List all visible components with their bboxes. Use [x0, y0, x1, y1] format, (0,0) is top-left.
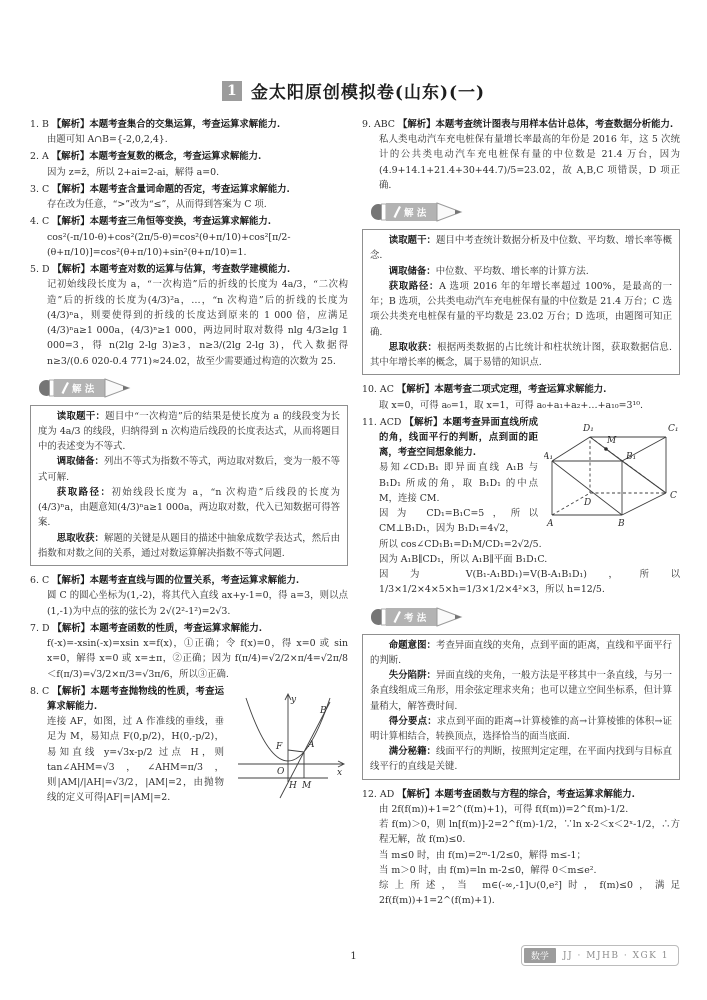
solution-line: 当 m＞0 时，由 f(m)=ln m-2≤0，解得 0＜m≤e².	[379, 863, 680, 878]
method-box-entry: 失分陷阱：异面直线的夹角，一般方法是平移其中一条直线，与另一条直线组成三角形，用…	[370, 668, 672, 714]
answer-letter: C	[42, 216, 49, 227]
question-number: 11.	[362, 417, 377, 428]
solution-heading: 【解析】本题考查对数的运算与估算，考查数学建模能力.	[52, 264, 290, 275]
solution-line: 取 x=0，可得 a₀=1，取 x=1，可得 a₀+a₁+a₂+…+a₁₀=3¹…	[379, 398, 680, 413]
midpoint-M-dot	[604, 447, 608, 451]
question: 3.C【解析】本题考查含量词命题的否定，考查运算求解能力.存在改为任意，“>”改…	[30, 182, 348, 212]
edge-D1A1	[552, 437, 590, 461]
segment-FA	[288, 750, 304, 752]
question: 4.C【解析】本题考查三角恒等变换，考查运算求解能力.cos²(-π/10-θ)…	[30, 214, 348, 260]
solution-line: 若 f(m)＞0，则 ln[f(m)]-2=2^f(m)-1/2，∵ln x-2…	[379, 817, 680, 847]
edge-BC	[622, 493, 666, 515]
answer-letter: AD	[380, 789, 394, 800]
figure-parabola: y x O F A B H M	[230, 686, 348, 817]
question-number: 9.	[362, 119, 371, 130]
method-box-term: 满分秘籍：	[389, 746, 436, 757]
label-x: x	[337, 768, 342, 778]
answer-letter: ABC	[374, 119, 395, 130]
question: y x O F A B H M 8.C【解析】本题考查抛物线的性质，考查运算求解…	[30, 684, 348, 819]
question-head: 7.D【解析】本题考查函数的性质，考查运算求解能力.	[47, 621, 348, 636]
question-head: 6.C【解析】本题考查直线与圆的位置关系，考查运算求解能力.	[47, 573, 348, 588]
question: 2.A【解析】本题考查复数的概念，考查运算求解能力.因为 z=z̄，所以 2+a…	[30, 149, 348, 179]
pencil-ferrule	[50, 380, 55, 396]
answer-letter: C	[42, 575, 49, 586]
method-box-entry: 满分秘籍：线面平行的判断，按照判定定理，在平面内找到与目标直线平行的直线是关键.	[370, 744, 672, 774]
label-C1: C₁	[668, 424, 679, 434]
pencil-icon: 解 法	[370, 200, 466, 224]
pencil-icon: 解 法	[38, 376, 134, 400]
question: 10.AC【解析】本题考查二项式定理，考查运算求解能力.取 x=0，可得 a₀=…	[362, 382, 680, 412]
label-point-h: H	[288, 781, 297, 791]
solution-line: 综上所述，当 m∈(-∞,-1]∪(0,e²]时，f(m)≤0，满足 2f(f(…	[379, 878, 680, 908]
solution-line: 所以 cos∠CD₁B₁=D₁M/CD₁=2√2/5.	[379, 537, 680, 552]
question-number: 5.	[30, 264, 39, 275]
method-box-entry: 命题意图：考查异面直线的夹角，点到平面的距离，直线和平面平行的判断.	[370, 638, 672, 668]
method-box-entry: 得分要点：求点到平面的距离→计算棱锥的高→计算棱锥的体积→证明计算相结合，转换顶…	[370, 714, 672, 744]
pencil-badge: 解 法	[370, 200, 680, 224]
question-number: 8.	[30, 686, 39, 697]
pencil-label: 解 法	[404, 207, 427, 219]
label-point-b: B	[319, 706, 327, 716]
solution-line: 因为 V(B₁-A₁BD₁)=V(B-A₁B₁D₁)，所以 1/3×1/2×4×…	[379, 567, 680, 597]
solution-line: 因为 z=z̄，所以 2+ai=2-ai，解得 a=0.	[47, 165, 348, 180]
question: 12.AD【解析】本题考查函数与方程的综合，考查运算求解能力.由 2f(f(m)…	[362, 787, 680, 909]
solution-heading: 【解析】本题考查抛物线的性质，考查运算求解能力.	[47, 686, 224, 712]
answer-letter: C	[42, 686, 49, 697]
question: 1.B【解析】本题考查集合的交集运算，考查运算求解能力.由题可知 A∩B={-2…	[30, 117, 348, 147]
method-box: 读取题干：题目中考查统计数据分析及中位数、平均数、增长率等概念.调取储备：中位数…	[362, 229, 680, 375]
question-head: 10.AC【解析】本题考查二项式定理，考查运算求解能力.	[379, 382, 680, 397]
question-head: 12.AD【解析】本题考查函数与方程的综合，考查运算求解能力.	[379, 787, 680, 802]
question-head: 4.C【解析】本题考查三角恒等变换，考查运算求解能力.	[47, 214, 348, 229]
question: 5.D【解析】本题考查对数的运算与估算，考查数学建模能力.记初始线段长度为 a，…	[30, 262, 348, 369]
method-box-term: 命题意图：	[389, 640, 436, 651]
cuboid-figure: D₁ C₁ A₁ B₁ M D C A B	[544, 417, 680, 529]
label-M: M	[606, 436, 617, 446]
answer-letter: C	[42, 184, 49, 195]
method-box-term: 调取储备：	[389, 266, 436, 277]
method-box-term: 读取题干：	[57, 411, 105, 422]
method-box-entry: 获取路径：初始线段长度为 a，“n 次构造”后线段的长度为(4/3)ⁿa，由题意…	[38, 485, 340, 531]
method-box-entry: 获取路径：A 选项 2016 年的年增长率超过 100%，是最高的一年；B 选项…	[370, 279, 672, 340]
label-point-a: A	[307, 740, 315, 750]
answer-letter: D	[42, 623, 50, 634]
label-C: C	[670, 491, 677, 501]
question-head: 2.A【解析】本题考查复数的概念，考查运算求解能力.	[47, 149, 348, 164]
label-point-m: M	[301, 781, 312, 791]
label-focus: F	[275, 742, 283, 752]
solution-heading: 【解析】本题考查异面直线所成的角，线面平行的判断，点到面的距离，考查空间想象能力…	[379, 417, 538, 458]
solution-heading: 【解析】本题考查复数的概念，考查运算求解能力.	[52, 151, 262, 162]
pencil-icon: 考 法	[370, 605, 466, 629]
solution-line: 当 m≤0 时，由 f(m)=2ᵐ-1/2≤0，解得 m≤-1；	[379, 848, 680, 863]
solution-line: cos²(-π/10-θ)+cos²(2π/5-θ)=cos²(θ+π/10)+…	[47, 230, 348, 260]
label-B: B	[617, 519, 625, 529]
pencil-label: 考 法	[403, 611, 427, 623]
solution-line: 由题可知 A∩B={-2,0,2,4}.	[47, 132, 348, 147]
method-box-entry: 调取储备：中位数、平均数、增长率的计算方法.	[370, 264, 672, 279]
question-head: 5.D【解析】本题考查对数的运算与估算，考查数学建模能力.	[47, 262, 348, 277]
pencil-badge: 解 法	[38, 376, 348, 400]
question-number: 7.	[30, 623, 39, 634]
method-box-entry: 思取收获：解题的关键是从题目的描述中抽象成数学表达式，然后由指数和对数之间的关系…	[38, 531, 340, 561]
right-column: 9.ABC【解析】本题考查统计图表与用样本估计总体，考查数据分析能力.私人类电动…	[362, 117, 680, 911]
solution-line: 因为 A₁B∥CD₁，所以 A₁B∥平面 B₁D₁C.	[379, 552, 680, 567]
paper-number-badge: 1	[222, 81, 242, 101]
question-number: 6.	[30, 575, 39, 586]
question-number: 2.	[30, 151, 39, 162]
label-A: A	[546, 519, 554, 529]
method-box-entry: 调取储备：列出不等式为指数不等式，两边取对数后，变为一般不等式可解.	[38, 454, 340, 484]
edition-code: JJ · MJHB · XGK 1	[556, 951, 676, 961]
question: D₁ C₁ A₁ B₁ M D C A B 11.ACD【解析】本题考查异面直线…	[362, 415, 680, 598]
answer-letter: B	[42, 119, 49, 130]
content-columns: 1.B【解析】本题考查集合的交集运算，考查运算求解能力.由题可知 A∩B={-2…	[0, 103, 707, 911]
question: 6.C【解析】本题考查直线与圆的位置关系，考查运算求解能力.圆 C 的圆心坐标为…	[30, 573, 348, 619]
question-number: 1.	[30, 119, 39, 130]
subject-badge: 数学	[524, 948, 556, 963]
solution-heading: 【解析】本题考查函数的性质，考查运算求解能力.	[52, 623, 262, 634]
question-head: 9.ABC【解析】本题考查统计图表与用样本估计总体，考查数据分析能力.	[379, 117, 680, 132]
page-title: 金太阳原创模拟卷(山东)(一)	[251, 78, 485, 103]
solution-heading: 【解析】本题考查三角恒等变换，考查运算求解能力.	[52, 216, 271, 227]
question-head: 3.C【解析】本题考查含量词命题的否定，考查运算求解能力.	[47, 182, 348, 197]
solution-heading: 【解析】本题考查统计图表与用样本估计总体，考查数据分析能力.	[398, 119, 673, 130]
solution-line: 由 2f(f(m))+1=2^(f(m)+1)，可得 f(f(m))=2^f(m…	[379, 802, 680, 817]
method-box-term: 读取题干：	[389, 235, 436, 246]
method-box-entry: 思取收获：根据两类数据的占比统计和柱状统计图，获取数据信息.其中年增长率的概念，…	[370, 340, 672, 370]
answer-letter: ACD	[380, 417, 401, 428]
solution-heading: 【解析】本题考查函数与方程的综合，考查运算求解能力.	[397, 789, 635, 800]
solution-line: 圆 C 的圆心坐标为(1,-2)，将其代入直线 ax+y-1=0，得 a=3，则…	[47, 588, 348, 618]
question-number: 10.	[362, 384, 377, 395]
question-number: 12.	[362, 789, 377, 800]
question-number: 4.	[30, 216, 39, 227]
label-A1: A₁	[544, 452, 553, 462]
method-box-term: 得分要点：	[389, 716, 437, 727]
pencil-label: 解 法	[72, 383, 95, 395]
footer-badge: 数学 JJ · MJHB · XGK 1	[521, 945, 679, 966]
label-origin: O	[277, 767, 285, 777]
method-box-term: 获取路径：	[389, 281, 439, 292]
pencil-ferrule	[382, 204, 387, 220]
method-box-entry: 读取题干：题目中考查统计数据分析及中位数、平均数、增长率等概念.	[370, 233, 672, 263]
label-D: D	[583, 498, 591, 508]
parabola-figure: y x O F A B H M	[230, 686, 348, 812]
answer-letter: AC	[380, 384, 394, 395]
label-D1: D₁	[582, 424, 594, 434]
method-box: 命题意图：考查异面直线的夹角，点到平面的距离，直线和平面平行的判断.失分陷阱：异…	[362, 634, 680, 780]
question-number: 3.	[30, 184, 39, 195]
method-box-term: 失分陷阱：	[389, 670, 436, 681]
method-box: 读取题干：题目中“一次构造”后的结果是使长度为 a 的线段变为长度为 4a/3 …	[30, 405, 348, 566]
method-box-term: 调取储备：	[57, 456, 104, 467]
method-box-term: 思取收获：	[389, 342, 437, 353]
solution-heading: 【解析】本题考查二项式定理，考查运算求解能力.	[397, 384, 607, 395]
solution-heading: 【解析】本题考查含量词命题的否定，考查运算求解能力.	[52, 184, 290, 195]
pencil-ferrule	[382, 609, 387, 625]
answer-letter: D	[42, 264, 50, 275]
page-header: 1 金太阳原创模拟卷(山东)(一)	[0, 0, 707, 103]
question: 9.ABC【解析】本题考查统计图表与用样本估计总体，考查数据分析能力.私人类电动…	[362, 117, 680, 193]
exam-answer-page: 1 金太阳原创模拟卷(山东)(一) 1.B【解析】本题考查集合的交集运算，考查运…	[0, 0, 707, 1000]
solution-line: 存在改为任意，“>”改为“≤”，从而得到答案为 C 项.	[47, 197, 348, 212]
solution-heading: 【解析】本题考查直线与圆的位置关系，考查运算求解能力.	[52, 575, 299, 586]
left-column: 1.B【解析】本题考查集合的交集运算，考查运算求解能力.由题可知 A∩B={-2…	[30, 117, 348, 911]
solution-line: 私人类电动汽车充电桩保有量增长率最高的年份是 2016 年，这 5 次统计的公共…	[379, 132, 680, 193]
method-box-term: 获取路径：	[57, 487, 112, 498]
question: 7.D【解析】本题考查函数的性质，考查运算求解能力.f(-x)=-xsin(-x…	[30, 621, 348, 682]
solution-line: 记初始线段长度为 a，“一次构造”后的折线的长度为 4a/3，“二次构造”后的折…	[47, 277, 348, 368]
answer-letter: A	[42, 151, 49, 162]
label-y: y	[290, 695, 297, 705]
question-head: 1.B【解析】本题考查集合的交集运算，考查运算求解能力.	[47, 117, 348, 132]
figure-cuboid: D₁ C₁ A₁ B₁ M D C A B	[544, 417, 680, 534]
solution-line: f(-x)=-xsin(-x)=xsin x=f(x)，①正确；令 f(x)=0…	[47, 636, 348, 682]
method-box-term: 思取收获：	[57, 533, 104, 544]
label-B1: B₁	[625, 452, 636, 462]
pencil-badge: 考 法	[370, 605, 680, 629]
solution-heading: 【解析】本题考查集合的交集运算，考查运算求解能力.	[52, 119, 280, 130]
method-box-entry: 读取题干：题目中“一次构造”后的结果是使长度为 a 的线段变为长度为 4a/3 …	[38, 409, 340, 455]
